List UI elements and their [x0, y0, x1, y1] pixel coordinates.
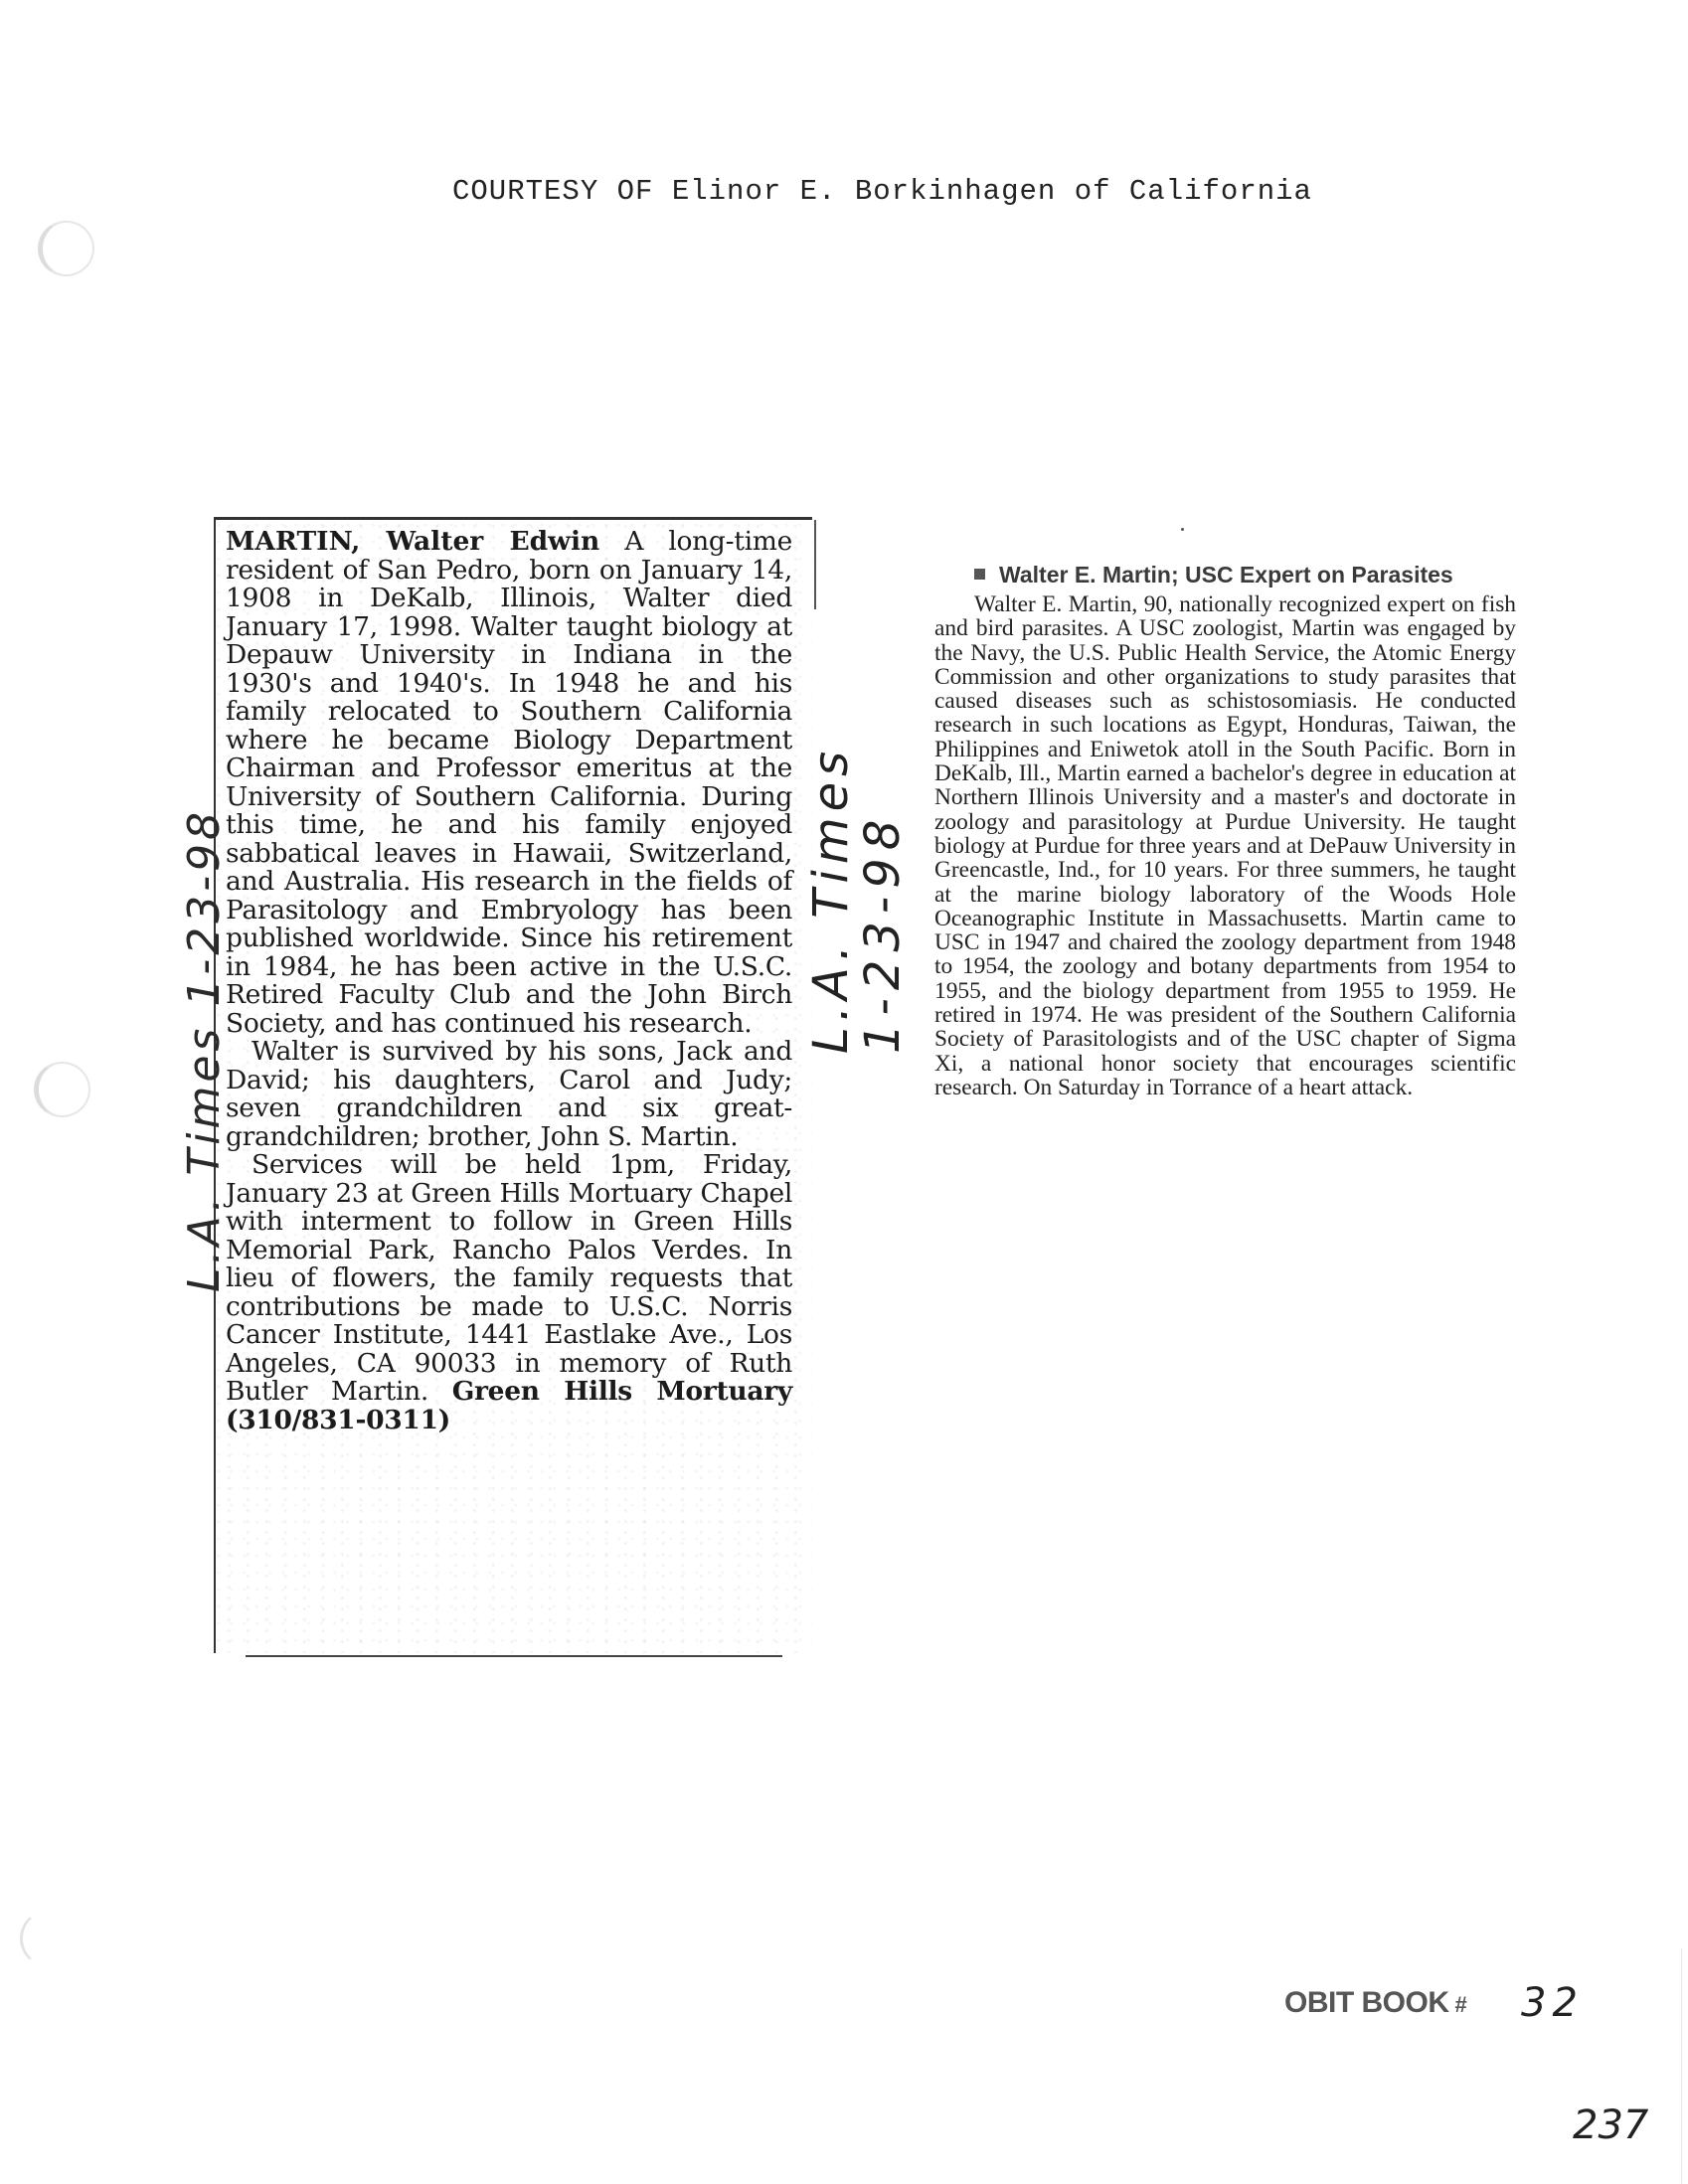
obituary-text: MARTIN, Walter Edwin A long-time residen… — [226, 528, 792, 1434]
news-body: Walter E. Martin, 90, nationally recogni… — [934, 592, 1516, 1099]
clipping-border — [814, 520, 816, 609]
punch-hole-bottom — [20, 1911, 75, 1966]
obit-book-number: 32 — [1521, 1980, 1584, 2026]
bullet-square-icon — [974, 569, 985, 580]
handwritten-source-note-left: L.A. Times 1-23-98 — [179, 808, 230, 1292]
handwritten-source-note-middle: L.A. Times 1-23-98 — [805, 746, 909, 1054]
speck — [1181, 528, 1184, 531]
clipping-bottom-rule — [246, 1655, 782, 1657]
obituary-paragraph: Services will be held 1pm, Friday, Janua… — [226, 1151, 792, 1434]
deceased-name: MARTIN, Walter Edwin — [226, 526, 599, 557]
obituary-paragraph: Walter is survived by his sons, Jack and… — [226, 1038, 792, 1151]
scan-edge — [1681, 1948, 1682, 2184]
obit-book-stamp: OBIT BOOK# — [1284, 1986, 1466, 2020]
obituary-paragraph: MARTIN, Walter Edwin A long-time residen… — [226, 528, 792, 1038]
punch-hole-middle — [34, 1062, 90, 1117]
courtesy-line: COURTESY OF Elinor E. Borkinhagen of Cal… — [452, 175, 1312, 208]
obituary-clipping-left: MARTIN, Walter Edwin A long-time residen… — [214, 517, 812, 1653]
news-headline: Walter E. Martin; USC Expert on Parasite… — [974, 562, 1521, 588]
page-number: 237 — [1573, 2102, 1648, 2148]
obituary-clipping-right: Walter E. Martin; USC Expert on Parasite… — [934, 562, 1521, 1099]
punch-hole-top — [38, 221, 94, 276]
